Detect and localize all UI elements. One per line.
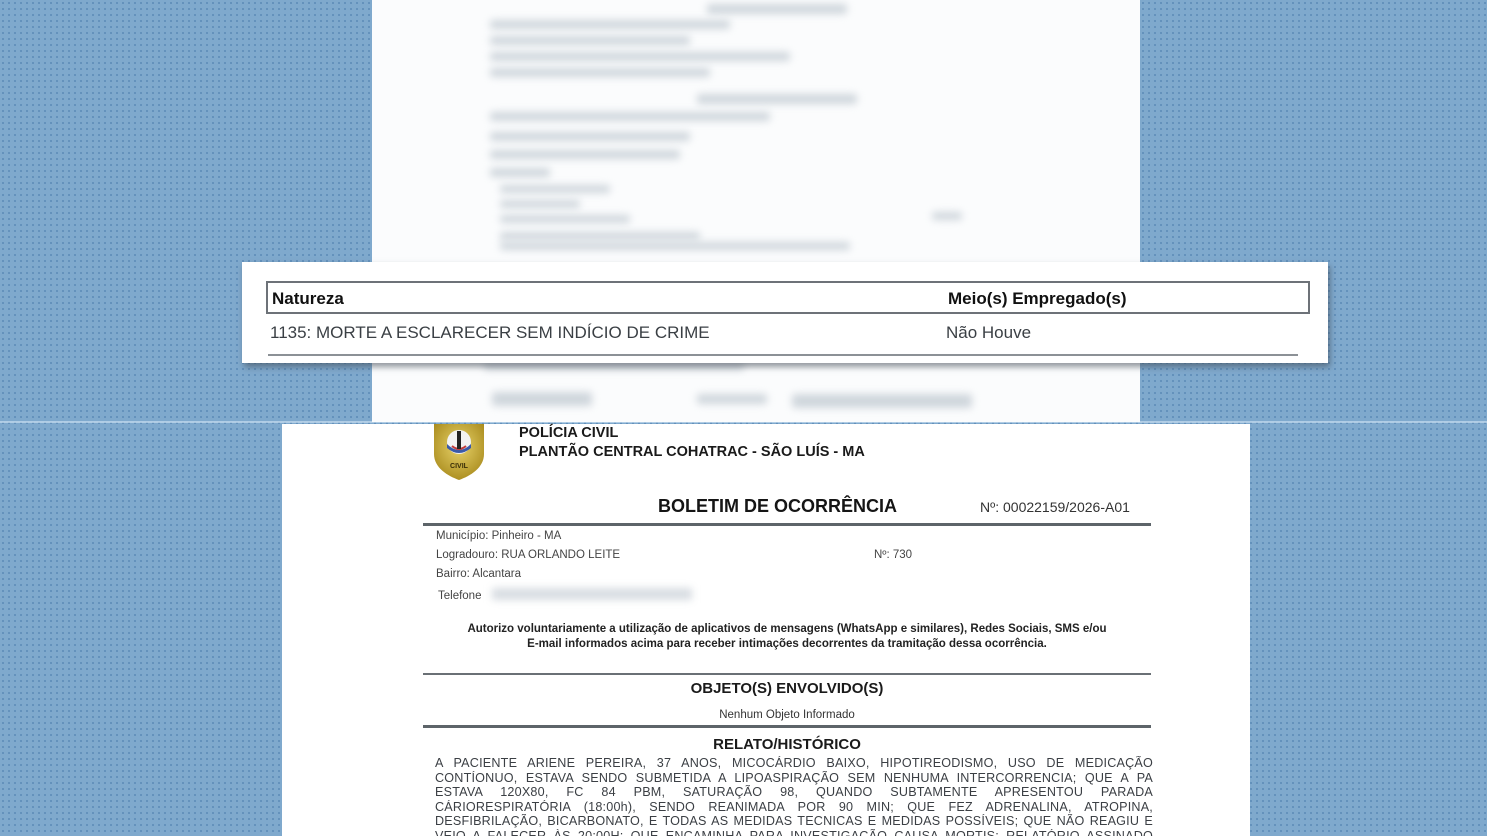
relato-line: CÁRIORESPIRATÓRIA (18:00h), SENDO REANIM… — [435, 800, 1153, 815]
page-title: BOLETIM DE OCORRÊNCIA — [658, 496, 897, 517]
objects-rule-top — [423, 673, 1151, 675]
objects-value: Nenhum Objeto Informado — [423, 709, 1151, 721]
police-badge-icon: CIVIL — [430, 424, 488, 480]
svg-text:CIVIL: CIVIL — [450, 463, 469, 470]
telefone-redacted — [492, 588, 692, 600]
objects-title: OBJETO(S) ENVOLVIDO(S) — [423, 680, 1151, 697]
natureza-header: Natureza — [272, 289, 344, 309]
callout-header-row: Natureza Meio(s) Empregado(s) — [266, 281, 1310, 314]
boletim-document: CIVIL POLÍCIA CIVIL PLANTÃO CENTRAL COHA… — [282, 424, 1250, 836]
logradouro-field: Logradouro: RUA ORLANDO LEITE — [436, 549, 620, 561]
numero-field: Nº: 730 — [874, 549, 912, 561]
telefone-label: Telefone — [438, 590, 481, 602]
callout-rule — [268, 354, 1298, 356]
title-rule — [423, 523, 1151, 526]
meios-value: Não Houve — [946, 323, 1031, 343]
org-unit: PLANTÃO CENTRAL COHATRAC - SÃO LUÍS - MA — [519, 444, 865, 460]
relato-line: ESTAVA 120X80, FC 84 PBM, SATURAÇÃO 98, … — [435, 785, 1153, 800]
relato-line: VEIO A FALECER ÀS 20:00H; QUE ENCAMINHA … — [435, 829, 1153, 836]
relato-line: CONTÍONUO, ESTAVA SENDO SUBMETIDA A LIPO… — [435, 771, 1153, 786]
natureza-value: 1135: MORTE A ESCLARECER SEM INDÍCIO DE … — [270, 323, 710, 343]
natureza-callout: Natureza Meio(s) Empregado(s) 1135: MORT… — [242, 262, 1328, 363]
org-name: POLÍCIA CIVIL — [519, 425, 618, 441]
relato-line: A PACIENTE ARIENE PEREIRA, 37 ANOS, MICO… — [435, 756, 1153, 771]
bairro-field: Bairro: Alcantara — [436, 568, 521, 580]
authorization-line-1: Autorizo voluntariamente a utilização de… — [423, 623, 1151, 635]
relato-line: DESFIBRILAÇÃO, BICARBONATO, E TODAS AS M… — [435, 814, 1153, 829]
objects-rule-bottom — [423, 725, 1151, 728]
authorization-line-2: E-mail informados acima para receber int… — [423, 638, 1151, 650]
municipio-field: Município: Pinheiro - MA — [436, 530, 561, 542]
relato-title: RELATO/HISTÓRICO — [423, 736, 1151, 753]
meios-header: Meio(s) Empregado(s) — [948, 289, 1127, 309]
relato-text: A PACIENTE ARIENE PEREIRA, 37 ANOS, MICO… — [435, 756, 1153, 836]
report-number: Nº: 00022159/2026-A01 — [980, 499, 1130, 515]
